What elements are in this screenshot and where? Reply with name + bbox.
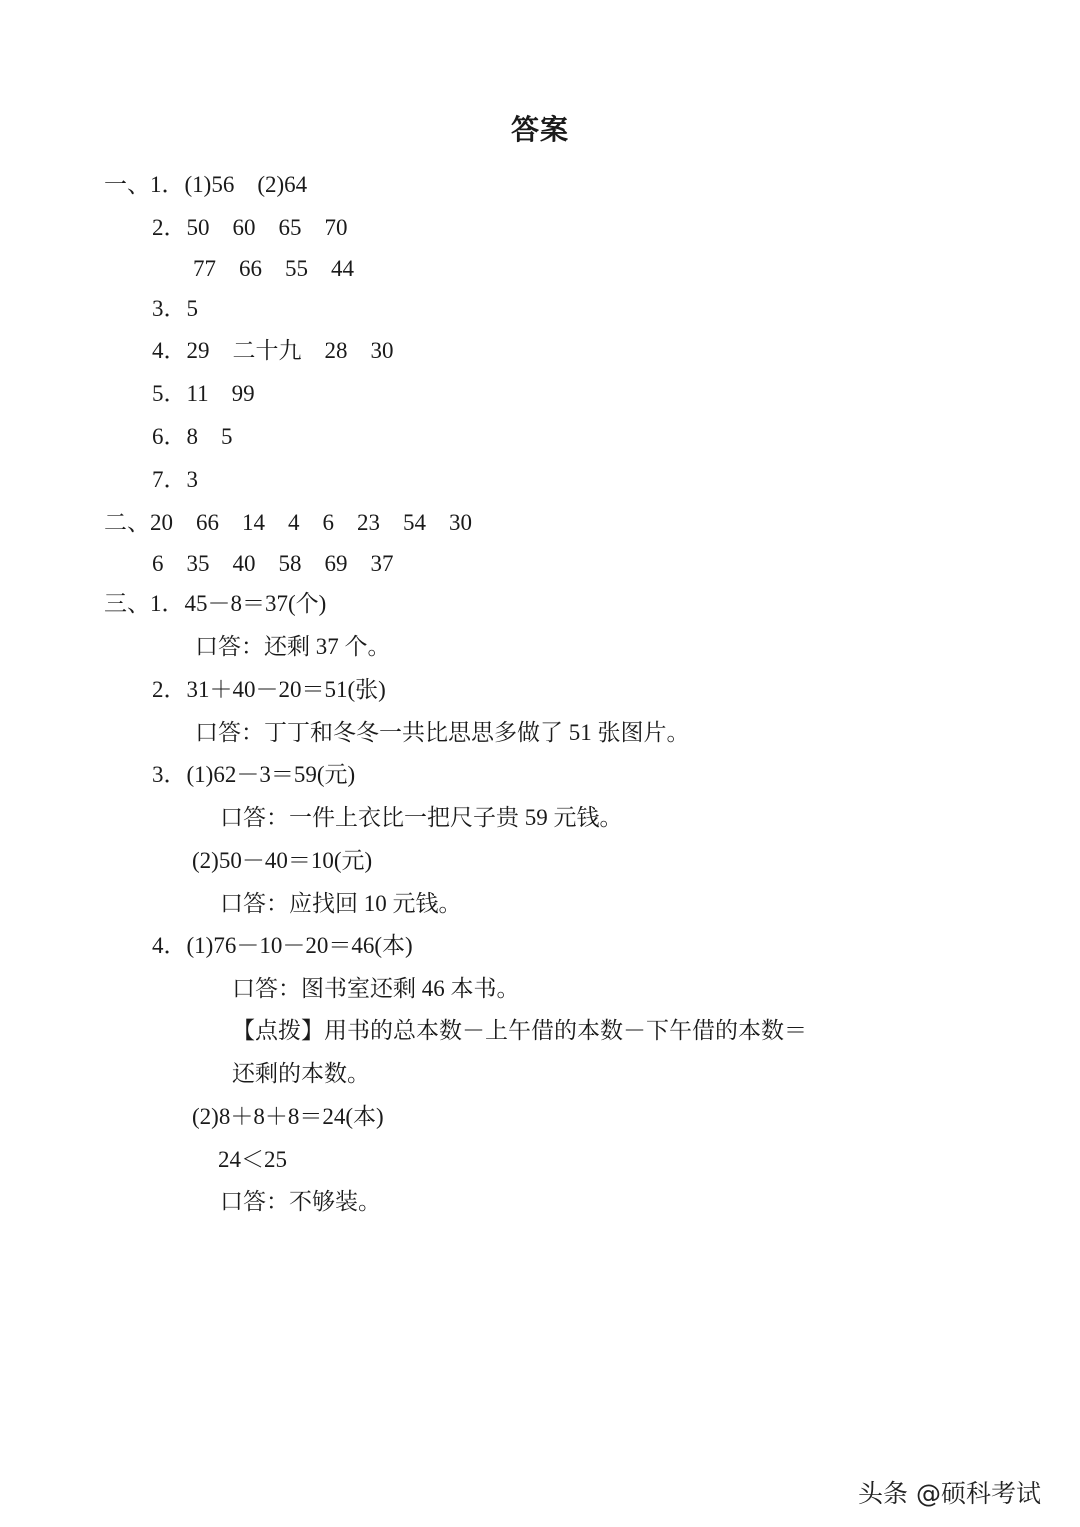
answer-line: 还剩的本数。 — [232, 1059, 370, 1089]
answer-line: 5．11 99 — [152, 379, 255, 409]
answer-line: 三、1．45－8＝37(个) — [104, 589, 326, 619]
answer-line: 2．31＋40－20＝51(张) — [152, 675, 386, 705]
answer-line: 6．8 5 — [152, 422, 233, 452]
answer-line: 6 35 40 58 69 37 — [152, 549, 394, 579]
answer-line: 7．3 — [152, 465, 198, 495]
answer-line: 二、20 66 14 4 6 23 54 30 — [104, 508, 472, 538]
answer-line: 口答：一件上衣比一把尺子贵 59 元钱。 — [220, 803, 623, 833]
answer-line: 一、1．(1)56 (2)64 — [104, 170, 307, 200]
answer-line: (2)50－40＝10(元) — [192, 846, 372, 876]
answer-line: 口答：应找回 10 元钱。 — [220, 889, 462, 919]
answer-line: 4．(1)76－10－20＝46(本) — [152, 931, 413, 961]
answer-line: 【点拨】用书的总本数－上午借的本数－下午借的本数＝ — [232, 1016, 807, 1046]
answer-line: (2)8＋8＋8＝24(本) — [192, 1102, 384, 1132]
answer-line: 口答：不够装。 — [220, 1187, 381, 1217]
watermark: 头条 @硕科考试 — [858, 1474, 1041, 1510]
answer-line: 3．5 — [152, 294, 198, 324]
answer-line: 口答：丁丁和冬冬一共比思思多做了 51 张图片。 — [195, 718, 690, 748]
answer-line: 77 66 55 44 — [193, 254, 354, 284]
answer-line: 口答：图书室还剩 46 本书。 — [232, 974, 520, 1004]
page-title: 答案 — [0, 108, 1080, 148]
answer-line: 2．50 60 65 70 — [152, 213, 348, 243]
answer-line: 4．29 二十九 28 30 — [152, 336, 394, 366]
answer-line: 24＜25 — [218, 1145, 287, 1175]
answer-line: 口答：还剩 37 个。 — [195, 632, 391, 662]
answer-line: 3．(1)62－3＝59(元) — [152, 760, 355, 790]
